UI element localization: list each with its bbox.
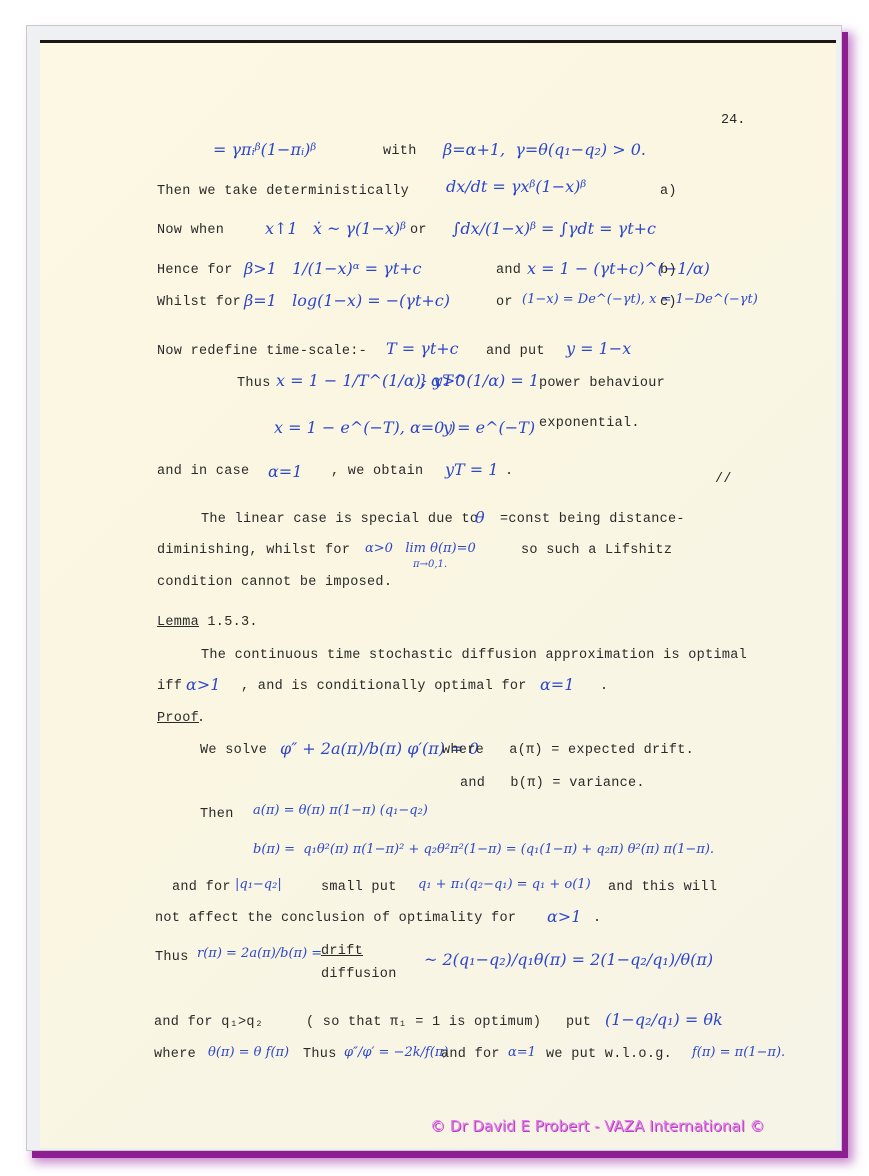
handwritten-formula: α=1 bbox=[268, 462, 302, 481]
typed-text: . bbox=[600, 679, 608, 694]
handwritten-formula: ∫dx/(1−x)ᵝ = ∫γdt = γt+c bbox=[452, 219, 656, 238]
handwritten-formula: α>1 bbox=[547, 907, 581, 926]
handwritten-formula: f(π) = π(1−π). bbox=[692, 1045, 785, 1060]
typed-text: . bbox=[197, 711, 205, 726]
handwritten-formula: β=α+1, γ=θ(q₁−q₂) > 0. bbox=[443, 140, 646, 159]
typed-text: Now when bbox=[157, 223, 224, 238]
handwritten-formula: T = γt+c bbox=[386, 339, 459, 358]
handwritten-formula: (1−x) = De^(−γt), x = 1−De^(−γt) bbox=[522, 292, 758, 307]
handwritten-formula: |q₁−q₂| bbox=[235, 877, 282, 892]
handwritten-formula: α=1 bbox=[508, 1045, 536, 1060]
handwritten-formula: dx/dt = γxᵝ(1−x)ᵝ bbox=[446, 177, 586, 196]
handwritten-subscript: π→0,1. bbox=[413, 559, 447, 570]
fraction-denominator: diffusion bbox=[321, 967, 397, 982]
typed-text: Hence for bbox=[157, 263, 233, 278]
handwritten-formula: y = 1−x bbox=[566, 339, 631, 358]
end-of-proof-mark: // bbox=[715, 472, 732, 487]
typed-text: . bbox=[505, 464, 513, 479]
handwritten-formula: α=1 bbox=[540, 675, 574, 694]
typed-text: put bbox=[566, 1015, 591, 1030]
typed-text: Thus bbox=[237, 376, 271, 391]
typed-text: iff bbox=[157, 679, 182, 694]
handwritten-formula: y = e^(−T) bbox=[443, 418, 535, 437]
typed-text: Thus bbox=[155, 950, 189, 965]
handwritten-formula: x = 1 − (γt+c)^(−1/α) bbox=[527, 259, 710, 278]
typed-text: Now redefine time-scale:- bbox=[157, 344, 367, 359]
typed-text: , we obtain bbox=[331, 464, 423, 479]
typed-text: , and is conditionally optimal for bbox=[241, 679, 527, 694]
handwritten-formula: q₁ + π₁(q₂−q₁) = q₁ + o(1) bbox=[418, 877, 591, 892]
typed-text: The linear case is special due to bbox=[201, 512, 478, 527]
typed-text: not affect the conclusion of optimality … bbox=[155, 911, 516, 926]
typed-text: and this will bbox=[608, 880, 717, 895]
handwritten-formula: β=1 log(1−x) = −(γt+c) bbox=[244, 291, 450, 310]
handwritten-formula: β>1 1/(1−x)ᵅ = γt+c bbox=[244, 259, 422, 278]
typed-text: and put bbox=[486, 344, 545, 359]
lemma-number: 1.5.3. bbox=[199, 615, 258, 630]
handwritten-formula: x = 1 − e^(−T), α=0 ) bbox=[274, 418, 456, 437]
proof-heading: Proof bbox=[157, 711, 199, 726]
typed-text: ( so that π₁ = 1 is optimum) bbox=[306, 1015, 541, 1030]
typed-text: and for q₁>q₂ bbox=[154, 1015, 263, 1030]
typed-text: Then we take deterministically bbox=[157, 184, 409, 199]
equation-label: a) bbox=[660, 184, 677, 199]
typed-text: We solve bbox=[200, 743, 267, 758]
typed-text: Thus bbox=[303, 1047, 337, 1062]
typed-text: The continuous time stochastic diffusion… bbox=[201, 648, 747, 663]
typed-text: and for bbox=[172, 880, 231, 895]
typed-text: or bbox=[496, 295, 513, 310]
handwritten-formula: r(π) = 2a(π)/b(π) = bbox=[197, 946, 322, 961]
typed-text: so such a Lifshitz bbox=[521, 543, 672, 558]
handwritten-formula: (1−q₂/q₁) = θk bbox=[605, 1010, 723, 1029]
equation-label: b) bbox=[660, 263, 677, 278]
handwritten-formula: θ(π) = θ f(π) bbox=[208, 1045, 289, 1060]
handwritten-formula: b(π) = q₁θ²(π) π(1−π)² + q₂θ²π²(1−π) = (… bbox=[253, 842, 714, 857]
typed-text: diminishing, whilst for bbox=[157, 543, 350, 558]
handwritten-formula: yT = 1 bbox=[445, 460, 498, 479]
typed-text: and bbox=[496, 263, 521, 278]
lemma-heading: Lemma bbox=[157, 615, 199, 630]
typed-text: small put bbox=[321, 880, 397, 895]
equation-label: c) bbox=[660, 295, 677, 310]
handwritten-formula: a(π) = θ(π) π(1−π) (q₁−q₂) bbox=[253, 803, 428, 818]
typed-text: exponential. bbox=[539, 416, 640, 431]
typed-text: Whilst for bbox=[157, 295, 241, 310]
typed-text: we put w.l.o.g. bbox=[546, 1047, 672, 1062]
handwritten-formula: α>1 bbox=[186, 675, 220, 694]
handwritten-formula: } yT^(1/α) = 1 bbox=[418, 371, 539, 390]
typed-text: =const being distance- bbox=[500, 512, 685, 527]
typed-text: where bbox=[154, 1047, 196, 1062]
handwritten-formula: x↑1 ẋ ~ γ(1−x)ᵝ bbox=[265, 219, 406, 238]
handwritten-formula: θ bbox=[475, 508, 485, 527]
handwritten-formula: φ″/φ′ = −2k/f(π) bbox=[344, 1045, 448, 1060]
fraction-numerator: drift bbox=[321, 944, 363, 959]
typed-text: and in case bbox=[157, 464, 249, 479]
handwritten-formula: α>0 lim θ(π)=0 bbox=[365, 541, 476, 556]
typed-text: and for bbox=[441, 1047, 500, 1062]
typed-text: and b(π) = variance. bbox=[460, 776, 645, 791]
page-number: 24. bbox=[721, 113, 745, 128]
typed-text: where a(π) = expected drift. bbox=[442, 743, 694, 758]
typed-text: power behaviour bbox=[539, 376, 665, 391]
typed-text: condition cannot be imposed. bbox=[157, 575, 392, 590]
handwritten-formula: = γπᵢᵝ(1−πᵢ)ᵝ bbox=[213, 140, 316, 159]
typed-page bbox=[40, 40, 836, 1148]
typed-text: . bbox=[593, 911, 601, 926]
copyright-watermark: © Dr David E Probert - VAZA Internationa… bbox=[430, 1117, 765, 1135]
typed-text: with bbox=[383, 144, 417, 159]
handwritten-formula: ~ 2(q₁−q₂)/q₁θ(π) = 2(1−q₂/q₁)/θ(π) bbox=[424, 950, 713, 969]
typed-text: or bbox=[410, 223, 427, 238]
typed-text: Then bbox=[200, 807, 234, 822]
